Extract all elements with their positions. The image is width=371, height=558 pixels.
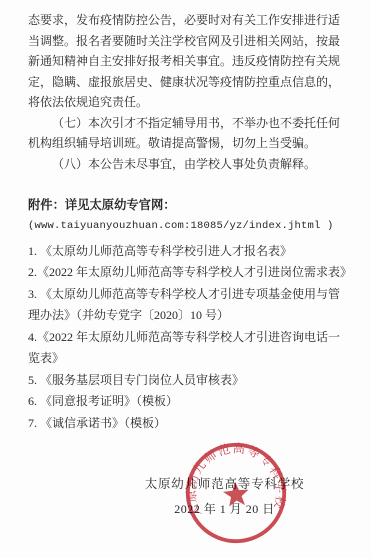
body-line: 新通知精神自主安排好报考相关事宜。违反疫情防控有关规 bbox=[28, 51, 349, 72]
document-body: 态要求，发布疫情防控公告，必要时对有关工作安排进行适 当调整。报名者要随时关注学… bbox=[0, 0, 371, 434]
attachment-item-3: 3. 《太原幼儿师范高等专科学校人才引进专项基金使用与管 bbox=[28, 284, 349, 306]
attachment-heading: 附件：详见太原幼专官网： bbox=[28, 195, 349, 216]
body-line-item-7: （七）本次引才不指定辅导用书，不举办也不委托任何 bbox=[28, 113, 349, 134]
attachment-item-4-wrap: 览表》 bbox=[28, 348, 349, 370]
body-line: 定，隐瞒、虚报旅居史、健康状况等疫情防控重点信息的， bbox=[28, 72, 349, 93]
signature-school-name: 太原幼儿师范高等专科学校 bbox=[78, 474, 371, 494]
body-line-item-8: （八）本公告未尽事宜，由学校人事处负责解释。 bbox=[28, 154, 349, 175]
attachment-item-6: 6. 《同意报考证明》（模板） bbox=[28, 391, 349, 413]
attachment-item-3-wrap: 理办法》（并幼专党字〔2020〕10 号） bbox=[28, 305, 349, 327]
body-line: 将依法依规追究责任。 bbox=[28, 92, 349, 113]
attachment-item-5: 5. 《服务基层项目专门岗位人员审核表》 bbox=[28, 370, 349, 392]
attachment-list: 1. 《太原幼儿师范高等专科学校引进人才报名表》 2.《2022 年太原幼儿师范… bbox=[28, 241, 349, 435]
attachment-item-7: 7. 《诚信承诺书》（模板） bbox=[28, 413, 349, 435]
signature-date: 2022 年 1 月 20 日 bbox=[78, 500, 371, 518]
body-line: 态要求，发布疫情防控公告，必要时对有关工作安排进行适 bbox=[28, 10, 349, 31]
attachment-item-4: 4.《2022 年太原幼儿师范高等专科学校人才引进咨询电话一 bbox=[28, 327, 349, 349]
signature-block: 太原幼儿师范高等专科学校 2022 年 1 月 20 日 bbox=[78, 474, 371, 518]
document-page: 态要求，发布疫情防控公告，必要时对有关工作安排进行适 当调整。报名者要随时关注学… bbox=[0, 0, 371, 558]
attachment-item-2: 2.《2022 年太原幼儿师范高等专科学校人才引进岗位需求表》 bbox=[28, 262, 349, 284]
attachment-item-1: 1. 《太原幼儿师范高等专科学校引进人才报名表》 bbox=[28, 241, 349, 263]
attachment-url: (www.taiyuanyouzhuan.com:18085/yz/index.… bbox=[28, 216, 349, 237]
body-line: 当调整。报名者要随时关注学校官网及引进相关网站，按最 bbox=[28, 31, 349, 52]
body-line: 机构组织辅导培训班。敬请提高警惕，切勿上当受骗。 bbox=[28, 133, 349, 154]
